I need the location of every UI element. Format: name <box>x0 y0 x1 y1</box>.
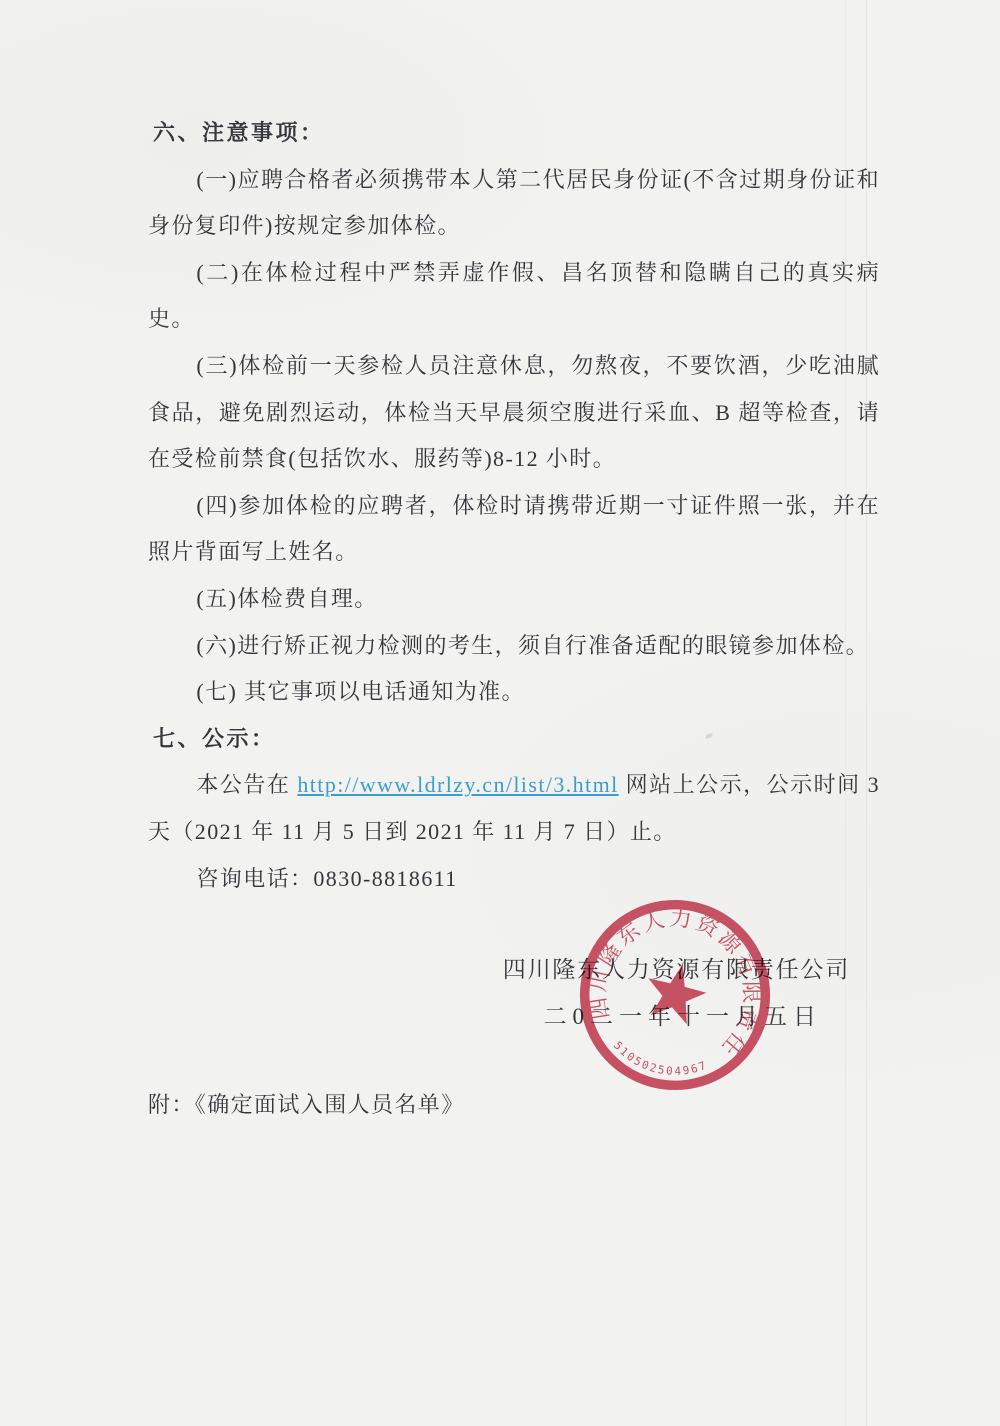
section-7-heading: 七、公示： <box>148 716 880 763</box>
attachment-note: 附：《确定面试入围人员名单》 <box>148 1082 880 1129</box>
attachment-block: 附：《确定面试入围人员名单》 <box>148 1082 880 1129</box>
notice-item-1: (一)应聘合格者必须携带本人第二代居民身份证(不含过期身份证和身份复印件)按规定… <box>148 157 880 250</box>
document-body: 六、注意事项： (一)应聘合格者必须携带本人第二代居民身份证(不含过期身份证和身… <box>0 0 1000 1129</box>
notice-item-4: (四)参加体检的应聘者，体检时请携带近期一寸证件照一张，并在照片背面写上姓名。 <box>148 483 880 576</box>
notice-item-7: (七) 其它事项以电话通知为准。 <box>148 669 880 716</box>
section-6-heading: 六、注意事项： <box>148 110 880 157</box>
notice-item-3: (三)体检前一天参检人员注意休息，勿熬夜，不要饮酒，少吃油腻食品，避免剧烈运动，… <box>148 343 880 483</box>
phone-line: 咨询电话：0830-8818611 <box>148 856 880 903</box>
announcement-prefix: 本公告在 <box>196 772 297 797</box>
announcement-paragraph: 本公告在 http://www.ldrlzy.cn/list/3.html 网站… <box>148 762 880 855</box>
notice-item-2: (二)在体检过程中严禁弄虚作假、昌名顶替和隐瞒自己的真实病史。 <box>148 250 880 343</box>
company-signature: 四川隆东人力资源有限责任公司 <box>148 947 850 994</box>
announcement-url-link[interactable]: http://www.ldrlzy.cn/list/3.html <box>297 772 618 797</box>
signature-date: 二0二一年十一月五日 <box>148 994 850 1041</box>
document-page: 六、注意事项： (一)应聘合格者必须携带本人第二代居民身份证(不含过期身份证和身… <box>0 0 1000 1426</box>
signature-block: 四川隆东人力资源有限责任公司 二0二一年十一月五日 <box>148 947 850 1040</box>
notice-item-6: (六)进行矫正视力检测的考生，须自行准备适配的眼镜参加体检。 <box>148 623 880 670</box>
notice-item-5: (五)体检费自理。 <box>148 576 880 623</box>
